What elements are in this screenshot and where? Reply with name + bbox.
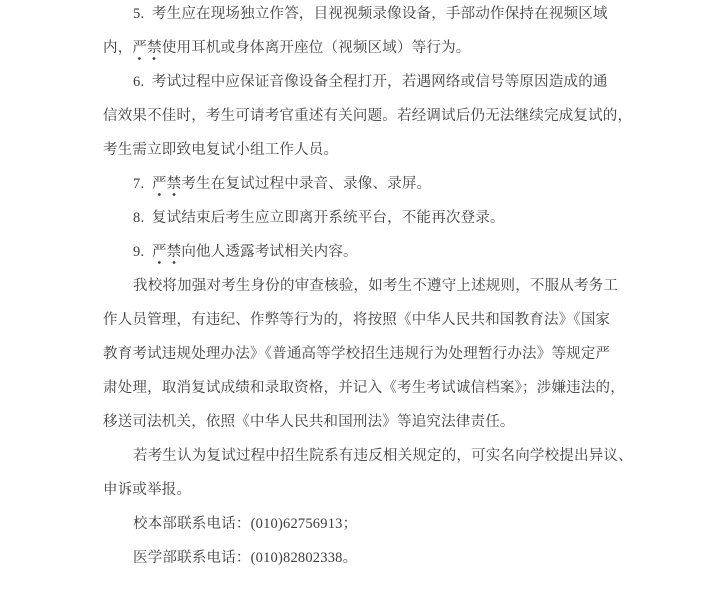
text-line: 内，严禁使用耳机或身体离开座位（视频区域）等行为。 [103,31,634,65]
emphasized-text: 严禁 [152,176,181,197]
text-segment: 考生需立即致电复试小组工作人员。 [103,142,338,158]
text-segment: 申诉或举报。 [103,482,191,498]
text-line: 作人员管理，有违纪、作弊等行为的，将按照《中华人民共和国教育法》《国家 [103,303,634,337]
text-line: 我校将加强对考生身份的审查核验，如考生不遵守上述规则，不服从考务工 [103,269,634,303]
text-segment: 6. 考试过程中应保证音像设备全程打开，若遇网络或信号等原因造成的通 [133,74,608,90]
emphasized-text: 严禁 [152,244,181,265]
emphasized-text: 严禁 [132,40,161,61]
text-segment: 9. [133,244,152,260]
text-line: 9. 严禁向他人透露考试相关内容。 [103,235,634,269]
text-segment: 移送司法机关，依照《中华人民共和国刑法》等追究法律责任。 [103,414,515,430]
document-body: 5. 考生应在现场独立作答，目视视频录像设备，手部动作保持在视频区域内，严禁使用… [0,0,720,575]
text-segment: 内， [103,40,132,56]
text-line: 8. 复试结束后考生应立即离开系统平台，不能再次登录。 [103,201,634,235]
text-segment: 向他人透露考试相关内容。 [181,244,357,260]
text-segment: 校本部联系电话：(010)62756913； [133,516,357,532]
text-line: 信效果不佳时，考生可请考官重述有关问题。若经调试后仍无法继续完成复试的， [103,99,634,133]
text-line: 申诉或举报。 [103,473,634,507]
text-line: 5. 考生应在现场独立作答，目视视频录像设备，手部动作保持在视频区域 [103,0,634,31]
text-segment: 教育考试违规处理办法》《普通高等学校招生违规行为处理暂行办法》等规定严 [103,346,610,362]
text-segment: 考生在复试过程中录音、录像、录屏。 [181,176,431,192]
text-segment: 我校将加强对考生身份的审查核验，如考生不遵守上述规则，不服从考务工 [133,278,618,294]
text-line: 若考生认为复试过程中招生院系有违反相关规定的，可实名向学校提出异议、 [103,439,634,473]
text-line: 医学部联系电话：(010)82802338。 [103,541,634,575]
document-page: 5. 考生应在现场独立作答，目视视频录像设备，手部动作保持在视频区域内，严禁使用… [0,0,720,587]
text-segment: 信效果不佳时，考生可请考官重述有关问题。若经调试后仍无法继续完成复试的， [103,108,632,124]
text-segment: 7. [133,176,152,192]
text-line: 6. 考试过程中应保证音像设备全程打开，若遇网络或信号等原因造成的通 [103,65,634,99]
text-line: 教育考试违规处理办法》《普通高等学校招生违规行为处理暂行办法》等规定严 [103,337,634,371]
text-line: 肃处理，取消复试成绩和录取资格，并记入《考生考试诚信档案》；涉嫌违法的， [103,371,634,405]
text-segment: 作人员管理，有违纪、作弊等行为的，将按照《中华人民共和国教育法》《国家 [103,312,610,328]
text-segment: 若考生认为复试过程中招生院系有违反相关规定的，可实名向学校提出异议、 [133,448,633,464]
text-segment: 肃处理，取消复试成绩和录取资格，并记入《考生考试诚信档案》；涉嫌违法的， [103,380,625,396]
text-segment: 使用耳机或身体离开座位（视频区域）等行为。 [162,40,471,56]
text-line: 移送司法机关，依照《中华人民共和国刑法》等追究法律责任。 [103,405,634,439]
text-line: 7. 严禁考生在复试过程中录音、录像、录屏。 [103,167,634,201]
text-line: 校本部联系电话：(010)62756913； [103,507,634,541]
text-line: 考生需立即致电复试小组工作人员。 [103,133,634,167]
text-segment: 医学部联系电话：(010)82802338。 [133,550,357,566]
text-segment: 8. 复试结束后考生应立即离开系统平台，不能再次登录。 [133,210,505,226]
text-segment: 5. 考生应在现场独立作答，目视视频录像设备，手部动作保持在视频区域 [133,6,608,22]
